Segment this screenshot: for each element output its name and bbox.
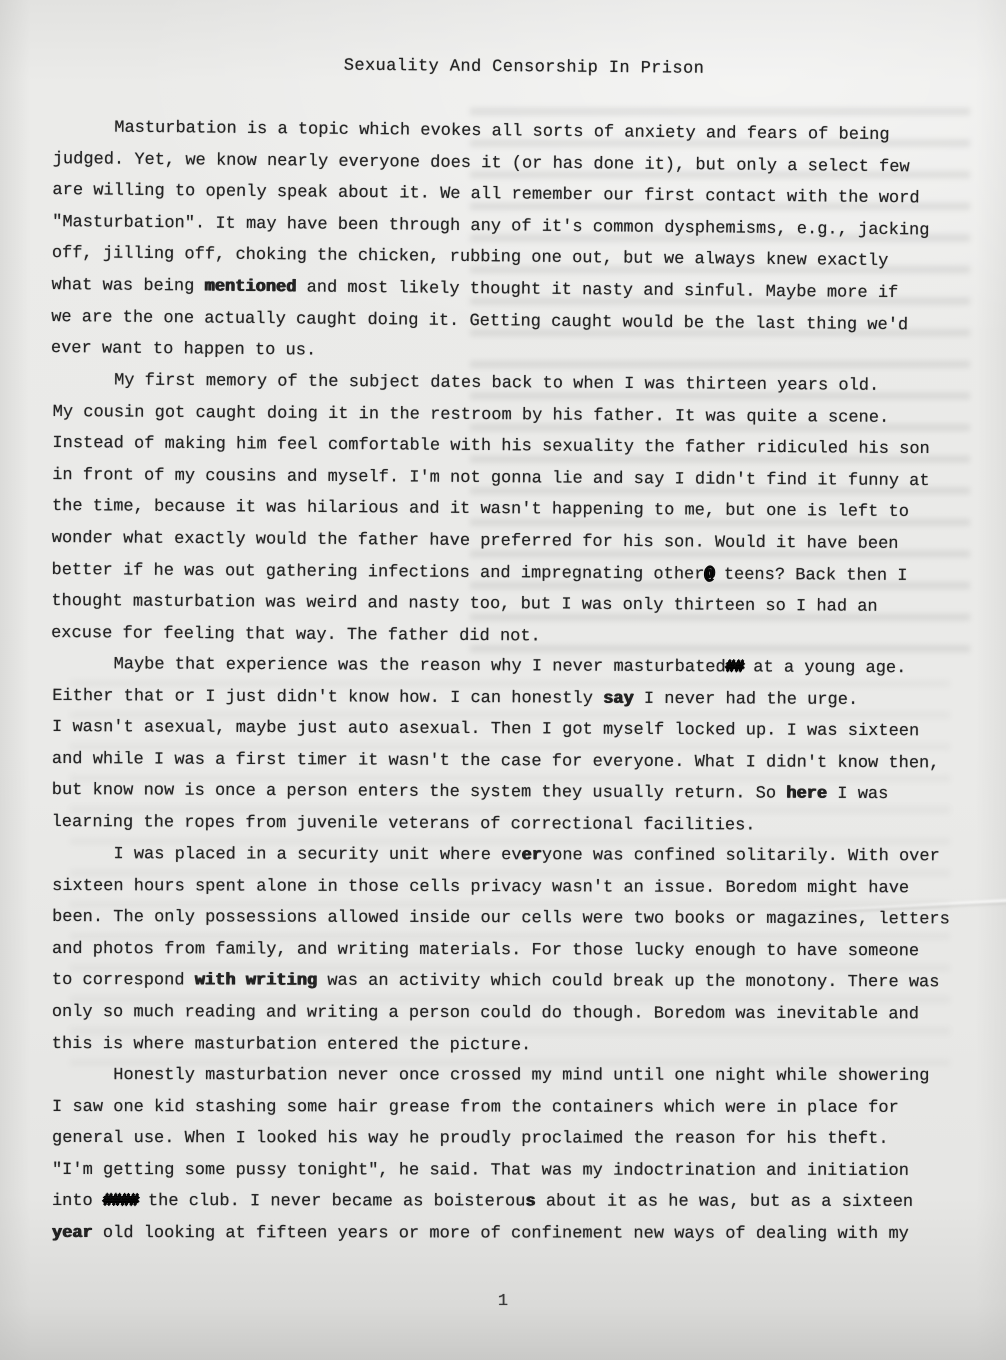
text-line: and while I was a first timer it wasn't … — [52, 744, 972, 780]
text-line: Maybe that experience was the reason why… — [52, 649, 972, 685]
text-line: but know now is once a person enters the… — [52, 775, 972, 811]
text-line: and photos from family, and writing mate… — [52, 933, 972, 967]
paragraph: My first memory of the subject dates bac… — [51, 365, 973, 656]
text-line: into #### the club. I never became as bo… — [52, 1186, 972, 1219]
text-line: learning the ropes from juvenile veteran… — [52, 807, 972, 843]
paragraph: Masturbation is a topic which evokes all… — [51, 112, 973, 374]
paragraph: Honestly masturbation never once crossed… — [52, 1060, 972, 1251]
text-line: this is where masturbation entered the p… — [52, 1028, 972, 1062]
text-line: I saw one kid stashing some hair grease … — [52, 1091, 972, 1124]
paragraph: I was placed in a security unit where ev… — [52, 839, 973, 1063]
text-line: only so much reading and writing a perso… — [52, 997, 972, 1031]
text-line: Either that or I just didn't know how. I… — [52, 681, 972, 717]
document-body: Masturbation is a topic which evokes all… — [52, 112, 972, 1249]
paragraph: Maybe that experience was the reason why… — [52, 649, 973, 843]
text-line: to correspond with writing was an activi… — [52, 965, 972, 999]
text-line: Honestly masturbation never once crossed… — [52, 1060, 972, 1093]
text-line: I wasn't asexual, maybe just auto asexua… — [52, 712, 972, 748]
text-line: general use. When I looked his way he pr… — [52, 1123, 972, 1156]
text-line: been. The only possessions allowed insid… — [52, 902, 972, 936]
text-line: I was placed in a security unit where ev… — [52, 839, 972, 873]
text-line: year old looking at fifteen years or mor… — [52, 1218, 972, 1251]
text-line: sixteen hours spent alone in those cells… — [52, 870, 972, 904]
text-line: "I'm getting some pussy tonight", he sai… — [52, 1155, 972, 1188]
page-number: 1 — [0, 1292, 1006, 1311]
